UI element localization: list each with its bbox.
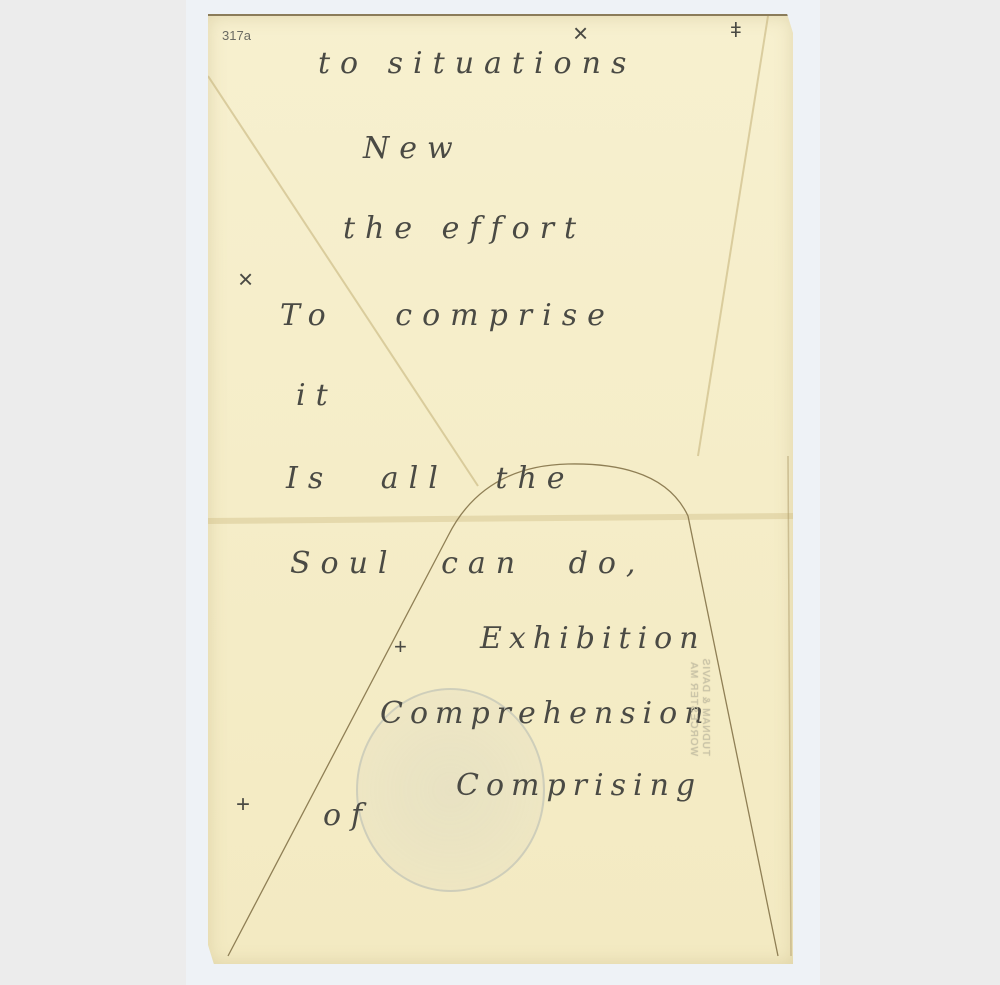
line-soul-can-do: Soul can do,: [290, 546, 645, 581]
line-new: New: [363, 131, 463, 166]
embossed-stationer-mark: TUDNAM & DAVIS WORCESTER MA: [687, 658, 711, 756]
line-it: it: [296, 378, 338, 413]
line-to-comprise: To comprise: [280, 298, 615, 333]
double-cross-mark: ǂ: [730, 20, 742, 43]
line-exhibition: Exhibition: [480, 621, 706, 656]
plus-mark: +: [394, 634, 407, 660]
plus-mark: +: [236, 791, 250, 819]
cross-mark: ×: [573, 18, 588, 49]
line-to-situations: to situations: [318, 46, 636, 81]
line-comprehension: Comprehension: [380, 696, 711, 731]
emboss-line-2: WORCESTER MA: [687, 658, 699, 756]
line-is-all-the: Is all the: [286, 461, 575, 496]
emboss-line-1: TUDNAM & DAVIS: [699, 658, 711, 756]
envelope: 317a × ǂ to situations New the effort × …: [208, 14, 793, 964]
cross-mark: ×: [238, 264, 253, 295]
line-comprising: Comprising: [456, 768, 702, 803]
line-of: of: [323, 798, 372, 833]
line-the-effort: the effort: [343, 211, 586, 246]
catalog-number: 317a: [222, 28, 251, 43]
